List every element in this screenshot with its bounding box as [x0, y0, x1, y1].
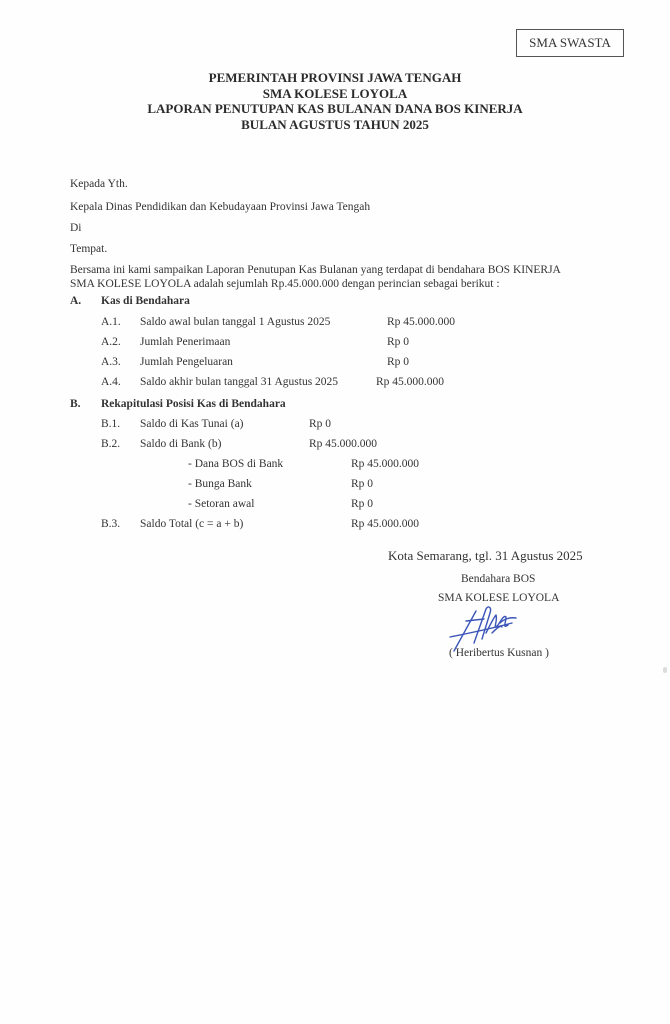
- document-page: SMA SWASTA PEMERINTAH PROVINSI JAWA TENG…: [0, 0, 670, 1024]
- row-value: Rp 0: [309, 418, 331, 430]
- row-value: Rp 45.000.000: [387, 316, 455, 328]
- intro-line-1: Bersama ini kami sampaikan Laporan Penut…: [70, 264, 561, 276]
- sub-row-value: Rp 0: [351, 478, 373, 490]
- signer-name: ( Heribertus Kusnan ): [449, 647, 549, 659]
- section-a-title: Kas di Bendahara: [101, 295, 190, 307]
- section-a-letter: A.: [70, 295, 81, 307]
- row-code: B.2.: [101, 438, 120, 450]
- section-b-title: Rekapitulasi Posisi Kas di Bendahara: [101, 398, 286, 410]
- sub-row-value: Rp 45.000.000: [351, 458, 419, 470]
- row-label: Jumlah Pengeluaran: [140, 356, 233, 368]
- row-label: Jumlah Penerimaan: [140, 336, 230, 348]
- school-type-badge: SMA SWASTA: [516, 29, 624, 57]
- row-value: Rp 45.000.000: [376, 376, 444, 388]
- header-report-title: LAPORAN PENUTUPAN KAS BULANAN DANA BOS K…: [0, 101, 670, 117]
- row-code: B.3.: [101, 518, 120, 530]
- row-value: Rp 0: [387, 336, 409, 348]
- row-label: Saldo Total (c = a + b): [140, 518, 243, 530]
- header-period: BULAN AGUSTUS TAHUN 2025: [0, 117, 670, 133]
- scan-artifact: [663, 667, 667, 673]
- recipient: Kepala Dinas Pendidikan dan Kebudayaan P…: [70, 201, 370, 213]
- sub-row-label: - Bunga Bank: [188, 478, 252, 490]
- row-value: Rp 45.000.000: [351, 518, 419, 530]
- row-code: A.2.: [101, 336, 121, 348]
- row-value: Rp 0: [387, 356, 409, 368]
- row-label: Saldo akhir bulan tanggal 31 Agustus 202…: [140, 376, 338, 388]
- header-school: SMA KOLESE LOYOLA: [0, 86, 670, 102]
- sub-row-value: Rp 0: [351, 498, 373, 510]
- document-header: PEMERINTAH PROVINSI JAWA TENGAH SMA KOLE…: [0, 70, 670, 132]
- header-government: PEMERINTAH PROVINSI JAWA TENGAH: [0, 70, 670, 86]
- salutation: Kepada Yth.: [70, 178, 128, 190]
- row-code: B.1.: [101, 418, 120, 430]
- sub-row-label: - Setoran awal: [188, 498, 254, 510]
- sub-row-label: - Dana BOS di Bank: [188, 458, 283, 470]
- place-date: Kota Semarang, tgl. 31 Agustus 2025: [388, 548, 583, 564]
- row-code: A.3.: [101, 356, 121, 368]
- section-b-letter: B.: [70, 398, 81, 410]
- row-code: A.1.: [101, 316, 121, 328]
- intro-line-2: SMA KOLESE LOYOLA adalah sejumlah Rp.45.…: [70, 278, 500, 290]
- address-place: Tempat.: [70, 243, 107, 255]
- row-code: A.4.: [101, 376, 121, 388]
- row-value: Rp 45.000.000: [309, 438, 377, 450]
- row-label: Saldo di Kas Tunai (a): [140, 418, 244, 430]
- row-label: Saldo awal bulan tanggal 1 Agustus 2025: [140, 316, 330, 328]
- address-di: Di: [70, 222, 82, 234]
- signer-role: Bendahara BOS: [461, 573, 535, 585]
- row-label: Saldo di Bank (b): [140, 438, 221, 450]
